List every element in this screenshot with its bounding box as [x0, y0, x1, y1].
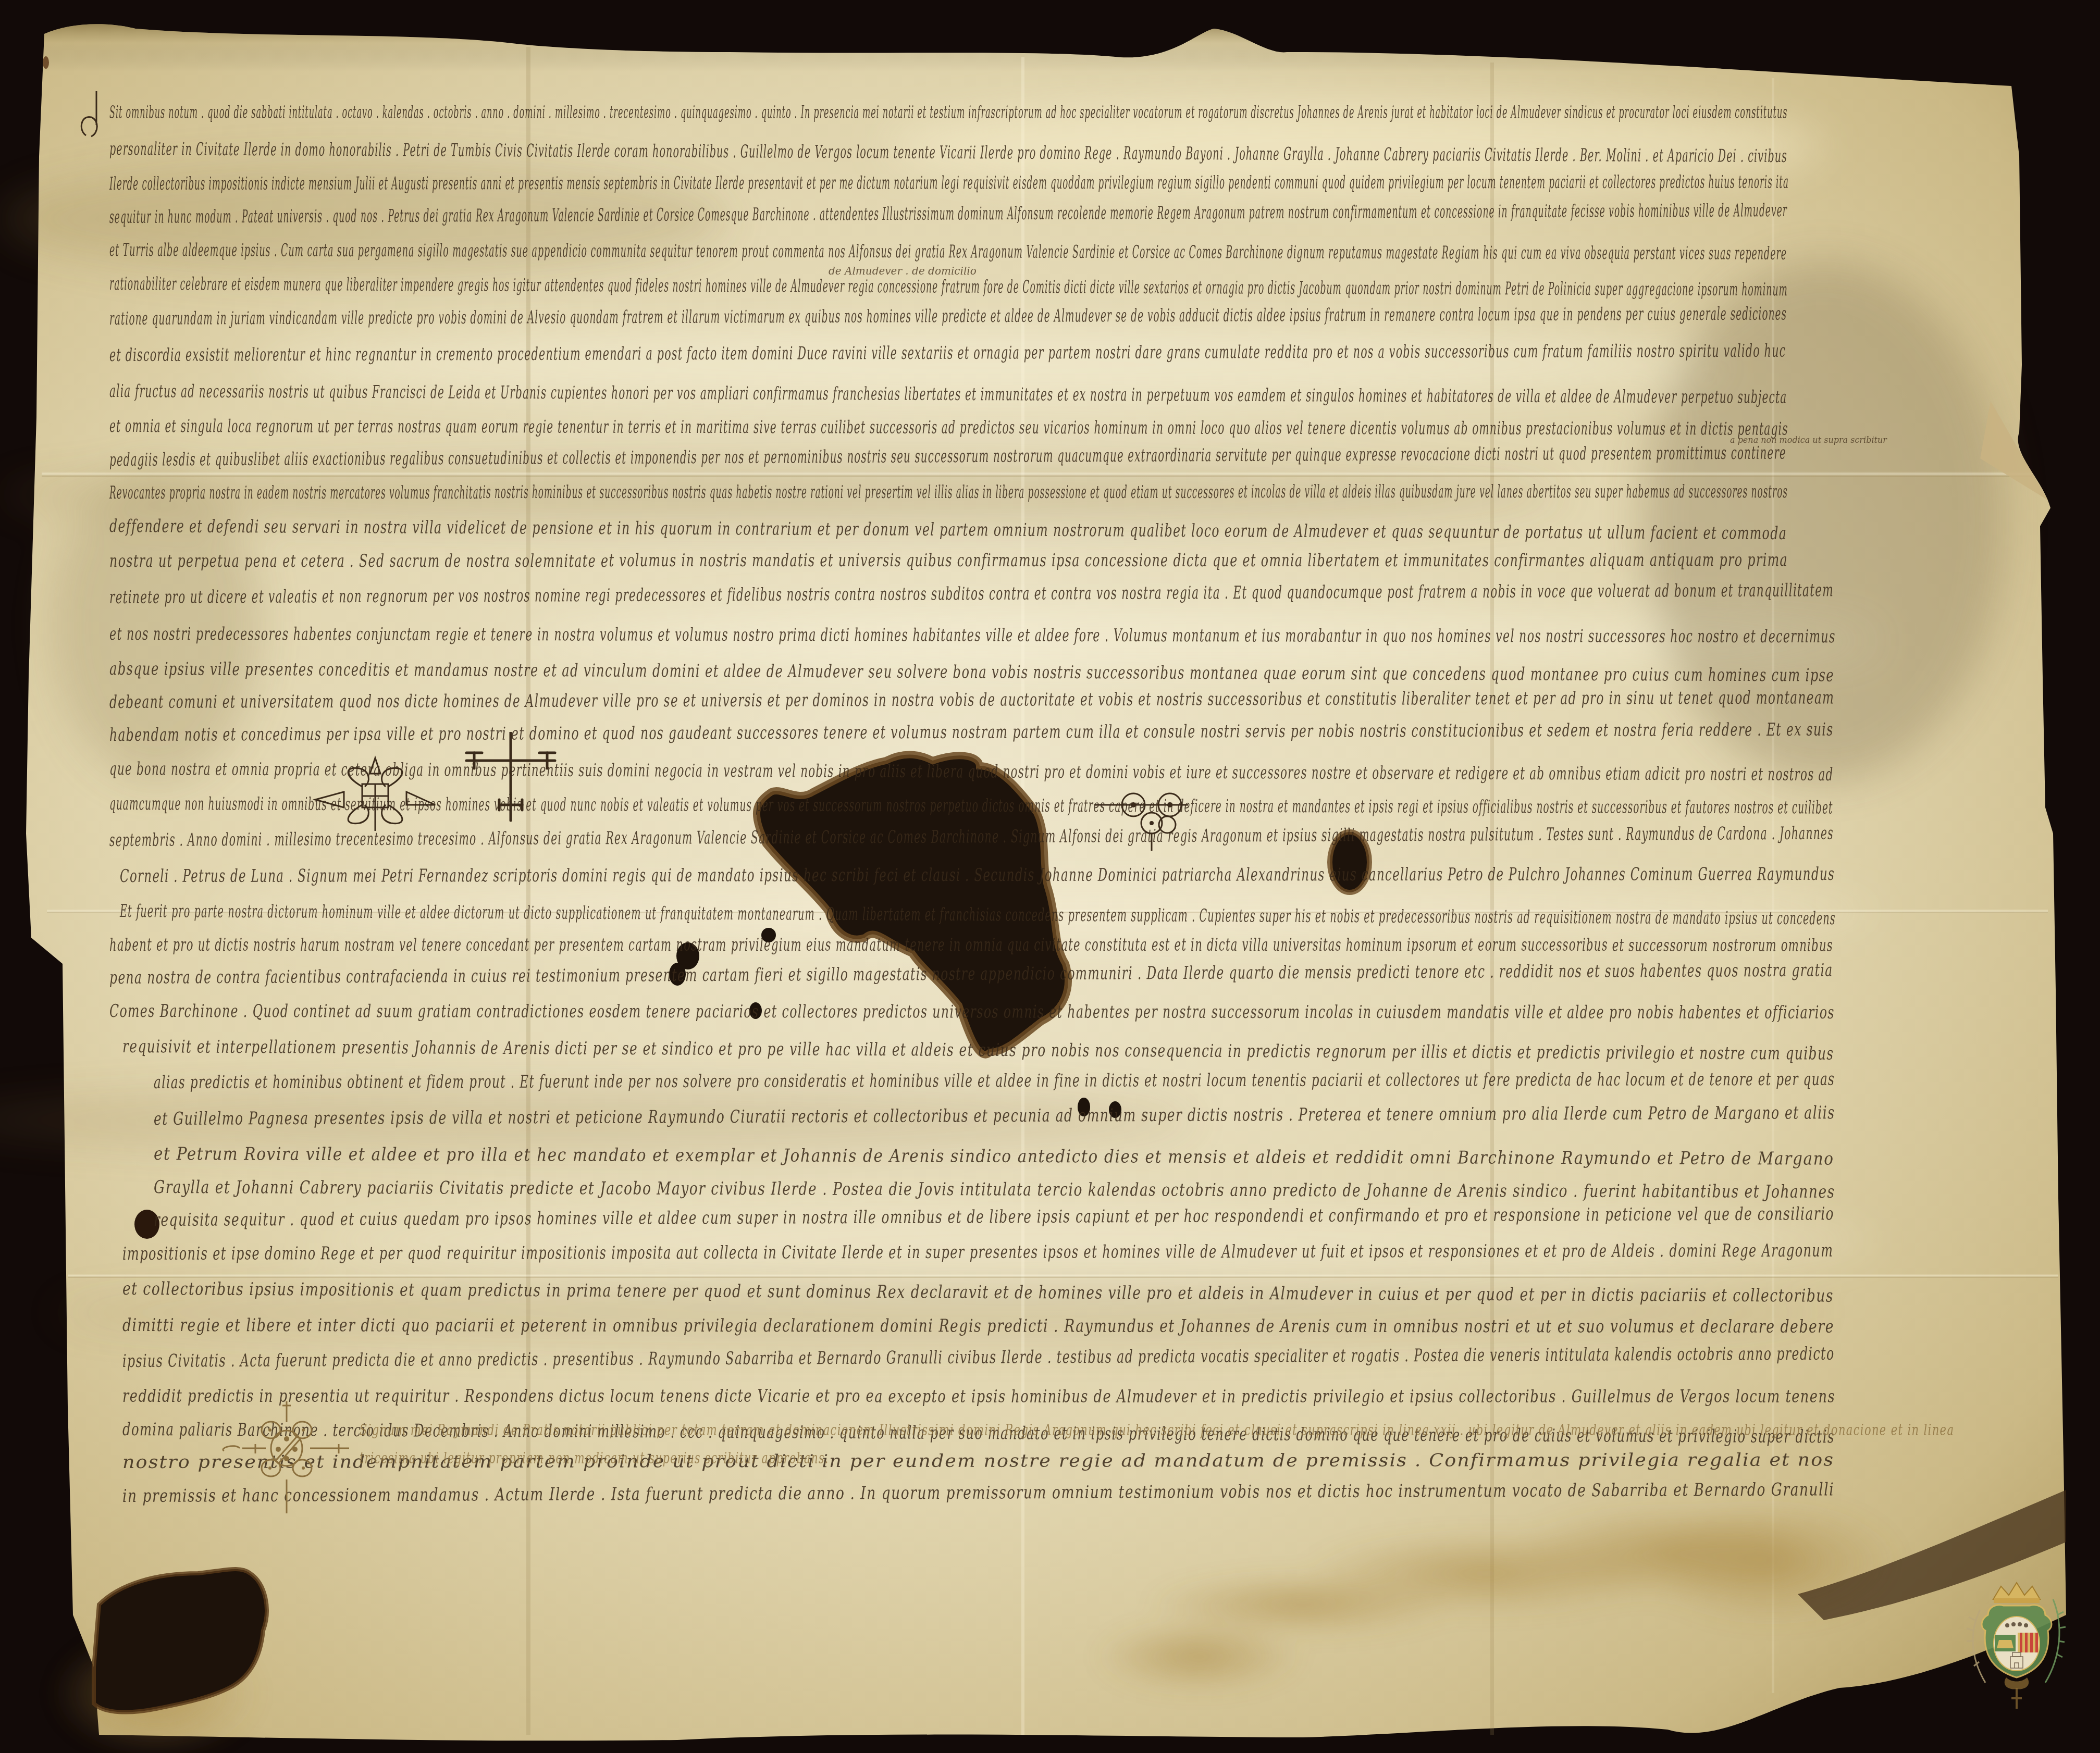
manuscript-line: et Petrum Rovira ville et aldee et pro i…: [154, 1143, 1834, 1170]
ring-sign-icon: [1094, 789, 1199, 852]
manuscript-line: et omnia et singula loca regnorum ut per…: [109, 416, 1788, 440]
manuscript-line: dimitti regie et libere et inter dicti q…: [122, 1315, 1834, 1337]
manuscript-line: deffendere et defendi seu servari in nos…: [109, 516, 1787, 544]
document-viewer: Sit omnibus notum . quod die sabbati int…: [0, 0, 2100, 1753]
manuscript-line: ratione quarundam in juriam vindicandam …: [109, 303, 1787, 329]
manuscript-line: rationabiliter celebrare et eisdem muner…: [109, 273, 1788, 300]
manuscript-line: Et fuerit pro parte nostra dictorum homi…: [120, 901, 1836, 929]
manuscript-line: debeant comuni et universitatem quod nos…: [109, 687, 1835, 713]
manuscript-line: et Guillelmo Pagnesa presentes ipsis de …: [154, 1102, 1835, 1129]
knot-sign-icon: [214, 1401, 360, 1516]
manuscript-line: et discordia exsistit meliorentur et hin…: [109, 340, 1786, 365]
manuscript-line: et Turris albe aldeemque ipsius . Cum ca…: [109, 240, 1787, 264]
manuscript-line: habent et pro ut dictis nostris harum no…: [109, 935, 1833, 956]
manuscript-line: habendam notis et concedimus per ipsa vi…: [109, 719, 1834, 745]
marginal-note: a pena non modica ut supra scribitur: [1730, 435, 1887, 445]
manuscript-line: sequitur in hunc modum . Pateat universi…: [109, 200, 1787, 228]
manuscript-line: alia fructus ad necessariis nostris ut q…: [109, 381, 1787, 408]
manuscript-line: Ilerde collectoribus impositionis indict…: [109, 172, 1789, 194]
notarial-subscription-line-1: Signum mei Raymundi de Pratis notarii pu…: [360, 1421, 1954, 1439]
manuscript-line: nostra ut perpetua pena et cetera . Sed …: [109, 550, 1788, 572]
interlinear-note: de Almudever . de domicilio: [829, 265, 977, 277]
manuscript-line: personaliter in Civitate Ilerde in domo …: [109, 139, 1787, 167]
manuscript-line: ipsius Civitatis . Acta fuerunt predicta…: [122, 1344, 1835, 1372]
manuscript-line: retinete pro ut dicere et valeatis et no…: [109, 580, 1834, 608]
notarial-subscription-line-2: tricesima ubi legitur propriam non modic…: [360, 1449, 829, 1468]
manuscript-line: impositionis et ipse domino Rege et per …: [122, 1240, 1833, 1264]
coat-of-arms-watermark: [1959, 1578, 2074, 1714]
manuscript-line: et nos nostri predecessores habentes con…: [109, 624, 1836, 647]
manuscript-line: Revocantes propria nostra in eadem nostr…: [109, 481, 1788, 503]
manuscript-line: et collectoribus ipsius impositionis et …: [122, 1278, 1834, 1307]
manuscript-line: reddidit predictis in presentia ut requi…: [122, 1386, 1835, 1407]
manuscript-line: alias predictis et hominibus obtinent et…: [154, 1069, 1835, 1093]
manuscript-line: Sit omnibus notum . quod die sabbati int…: [109, 102, 1787, 123]
manuscript-line: Corneli . Petrus de Luna . Signum mei Pe…: [120, 864, 1835, 887]
manuscript-line: absque ipsius ville presentes conceditis…: [109, 658, 1834, 686]
manuscript-line: pena nostra de contra facientibus contra…: [109, 960, 1833, 988]
manuscript-line: Graylla et Johanni Cabrery paciariis Civ…: [154, 1177, 1835, 1202]
manuscript-line: pedagiis lesdis et quibuslibet aliis exa…: [109, 442, 1786, 470]
manuscript-line: requisita sequitur . quod et cuius queda…: [154, 1203, 1834, 1230]
initial-letter-s: [76, 89, 107, 146]
fleur-knot-sign-icon: [313, 755, 438, 834]
manuscript-line: Comes Barchinone . Quod continet ad suum…: [109, 1001, 1835, 1023]
royal-cross-sign-icon: [459, 732, 563, 826]
manuscript-line: requisivit et interpellationem presentis…: [122, 1036, 1834, 1064]
manuscript-line: in premissis et hanc concessionem mandam…: [122, 1479, 1834, 1507]
